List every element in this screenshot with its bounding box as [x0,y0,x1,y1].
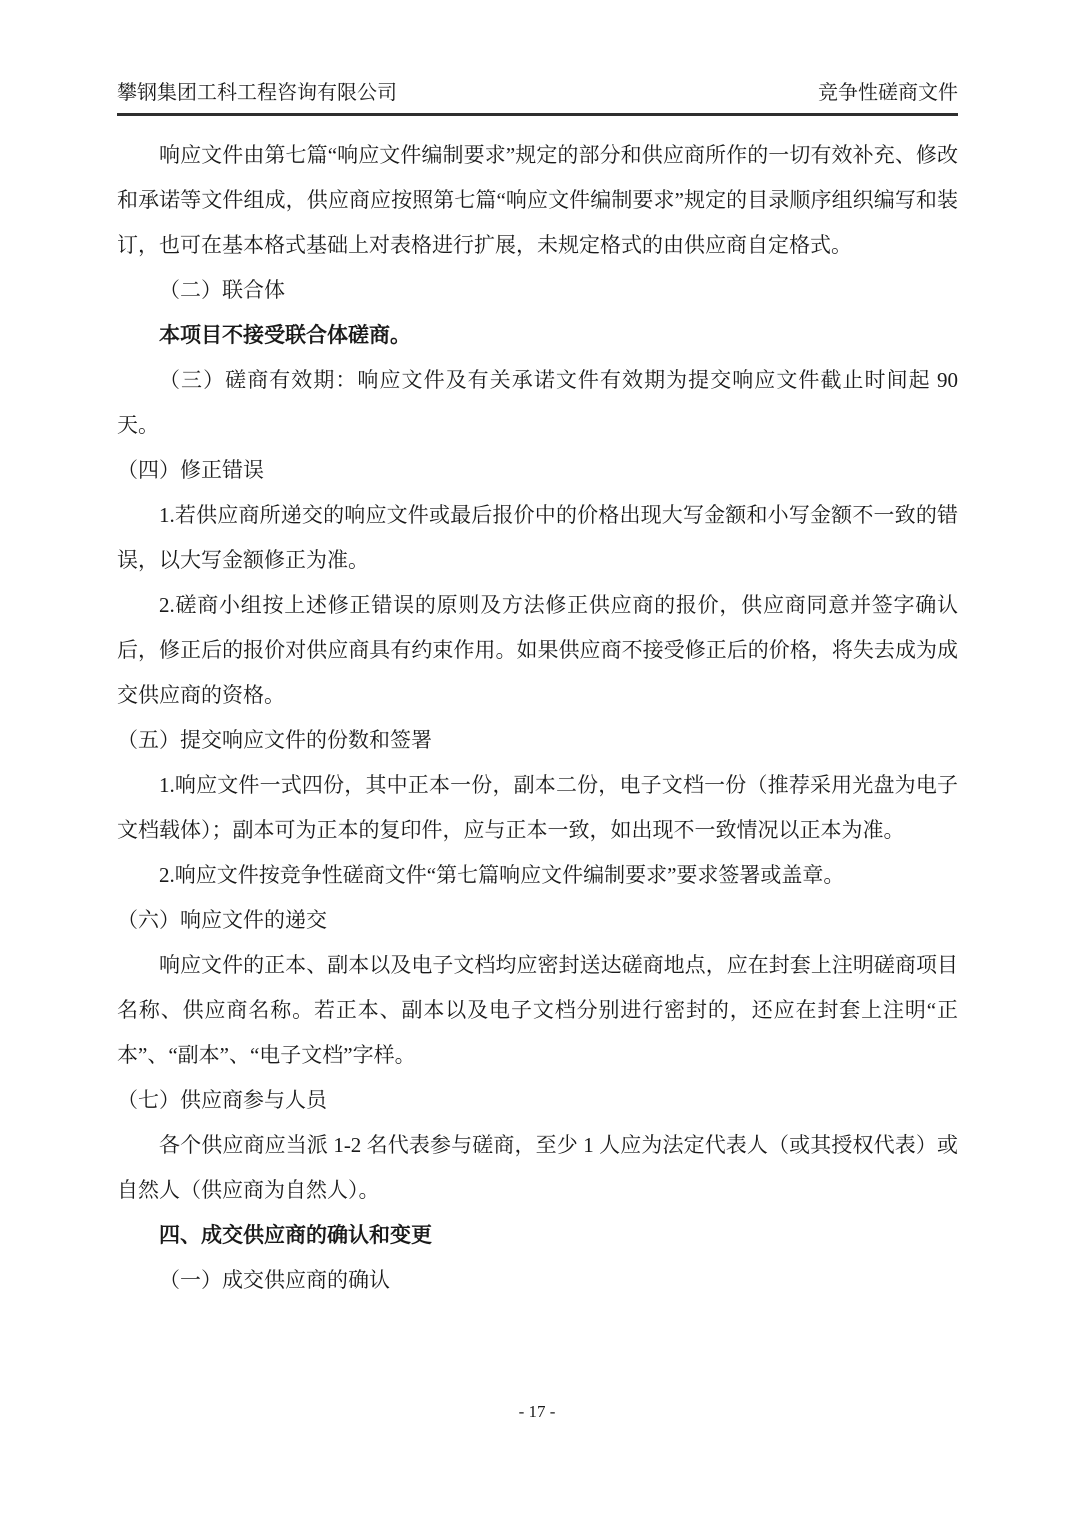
page-footer: - 17 - [0,1401,1074,1423]
document-body: 响应文件由第七篇“响应文件编制要求”规定的部分和供应商所作的一切有效补充、修改和… [117,133,958,1303]
header-document-type: 竞争性磋商文件 [818,80,958,106]
heading-paragraph: 本项目不接受联合体磋商。 [117,313,958,358]
heading-paragraph: 四、成交供应商的确认和变更 [117,1213,958,1258]
paragraph: （七）供应商参与人员 [117,1078,958,1123]
paragraph: 2.磋商小组按上述修正错误的原则及方法修正供应商的报价，供应商同意并签字确认后，… [117,583,958,718]
page-number: - 17 - [519,1402,556,1421]
paragraph: （三）磋商有效期：响应文件及有关承诺文件有效期为提交响应文件截止时间起 90 天… [117,358,958,448]
paragraph: （六）响应文件的递交 [117,898,958,943]
paragraph: 2.响应文件按竞争性磋商文件“第七篇响应文件编制要求”要求签署或盖章。 [117,853,958,898]
header-company-name: 攀钢集团工科工程咨询有限公司 [117,80,397,106]
paragraph: （一）成交供应商的确认 [117,1258,958,1303]
paragraph: 各个供应商应当派 1-2 名代表参与磋商，至少 1 人应为法定代表人（或其授权代… [117,1123,958,1213]
paragraph: 响应文件的正本、副本以及电子文档均应密封送达磋商地点，应在封套上注明磋商项目名称… [117,943,958,1078]
document-page: 攀钢集团工科工程咨询有限公司 竞争性磋商文件 响应文件由第七篇“响应文件编制要求… [0,0,1074,1520]
paragraph: 响应文件由第七篇“响应文件编制要求”规定的部分和供应商所作的一切有效补充、修改和… [117,133,958,268]
paragraph: （四）修正错误 [117,448,958,493]
page-header: 攀钢集团工科工程咨询有限公司 竞争性磋商文件 [117,80,958,116]
paragraph: （二）联合体 [117,268,958,313]
paragraph: （五）提交响应文件的份数和签署 [117,718,958,763]
paragraph: 1.响应文件一式四份，其中正本一份，副本二份，电子文档一份（推荐采用光盘为电子文… [117,763,958,853]
paragraph: 1.若供应商所递交的响应文件或最后报价中的价格出现大写金额和小写金额不一致的错误… [117,493,958,583]
